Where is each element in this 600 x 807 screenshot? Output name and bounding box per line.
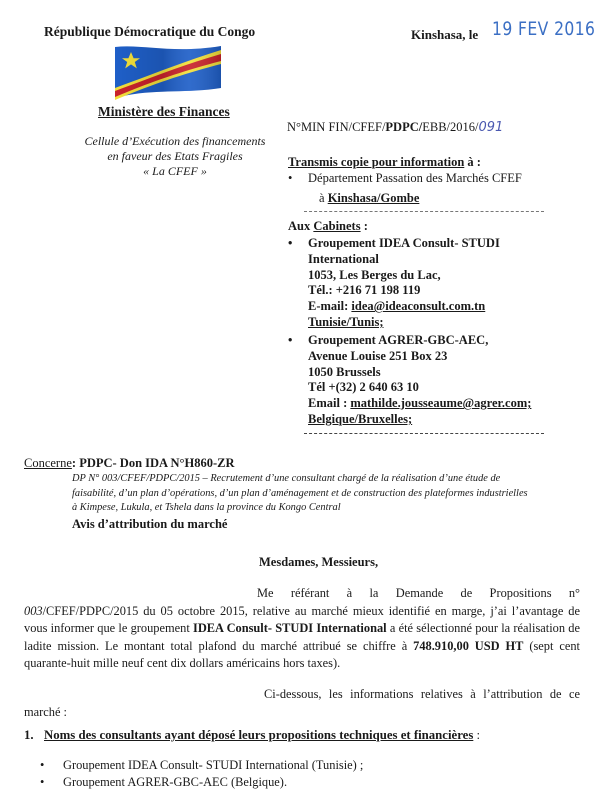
date-stamp: 19 FEV 2016 (492, 18, 595, 40)
consultant-list: •Groupement IDEA Consult- STUDI Internat… (40, 757, 363, 791)
transmis-label: Transmis copie pour information (288, 155, 464, 169)
subject-title: Avis d’attribution du marché (72, 517, 227, 532)
salutation: Mesdames, Messieurs, (259, 555, 378, 570)
recipient-department: •Département Passation des Marchés CFEF (288, 171, 522, 186)
recipient-location: à Kinshasa/Gombe (319, 191, 419, 206)
subject-value: : PDPC- Don IDA N°H860-ZR (72, 456, 235, 470)
bullet-icon: • (40, 757, 63, 774)
cabinet-address-agrer: •Groupement AGRER-GBC-AEC, Avenue Louise… (288, 333, 531, 428)
cabinet-location: Tunisie/Tunis; (308, 315, 384, 329)
place-label: Kinshasa, le (411, 27, 478, 43)
subject-line: Concerne: PDPC- Don IDA N°H860-ZR (24, 456, 235, 471)
divider (304, 433, 544, 434)
reference-bold: PDPC/ (385, 120, 422, 134)
cabinet-location: Belgique/Bruxelles; (308, 412, 412, 426)
list-item: •Groupement AGRER-GBC-AEC (Belgique). (40, 774, 363, 791)
reference-number: N°MIN FIN/CFEF/PDPC/EBB/2016/091 (287, 120, 503, 135)
cabinets-heading: Aux Cabinets : (288, 219, 368, 234)
reference-suffix: EBB/2016/ (422, 120, 478, 134)
email-link[interactable]: idea@ideaconsult.com.tn (351, 299, 485, 313)
bullet-icon: • (40, 774, 63, 791)
section-heading: 1.Noms des consultants ayant déposé leur… (24, 728, 480, 743)
subject-label: Concerne (24, 456, 72, 470)
cabinet-address-idea: •Groupement IDEA Consult- STUDI Internat… (288, 236, 500, 331)
handwritten-number: 091 (479, 120, 504, 135)
bullet-icon: • (288, 171, 308, 186)
bullet-icon: • (288, 236, 308, 252)
divider (304, 211, 544, 212)
reference-prefix: N°MIN FIN/CFEF/ (287, 120, 385, 134)
paragraph-main: Me référant à la Demande de Propositions… (24, 585, 580, 673)
cellule-line: en faveur des Etats Fragiles (70, 149, 280, 164)
cellule-line: Cellule d’Exécution des financements (70, 134, 280, 149)
cellule-line: « La CFEF » (70, 164, 280, 179)
country-name: République Démocratique du Congo (44, 24, 255, 40)
list-item: •Groupement IDEA Consult- STUDI Internat… (40, 757, 363, 774)
drc-flag-icon (113, 44, 223, 100)
subject-description: DP N° 003/CFEF/PDPC/2015 – Recrutement d… (72, 472, 533, 516)
cellule-name: Cellule d’Exécution des financements en … (70, 134, 280, 179)
email-link[interactable]: mathilde.jousseaume@agrer.com; (350, 396, 531, 410)
ministry-name: Ministère des Finances (98, 104, 230, 120)
paragraph-intro-list: Ci-dessous, les informations relatives à… (24, 686, 580, 721)
bullet-icon: • (288, 333, 308, 349)
transmis-heading: Transmis copie pour information à : (288, 155, 481, 170)
